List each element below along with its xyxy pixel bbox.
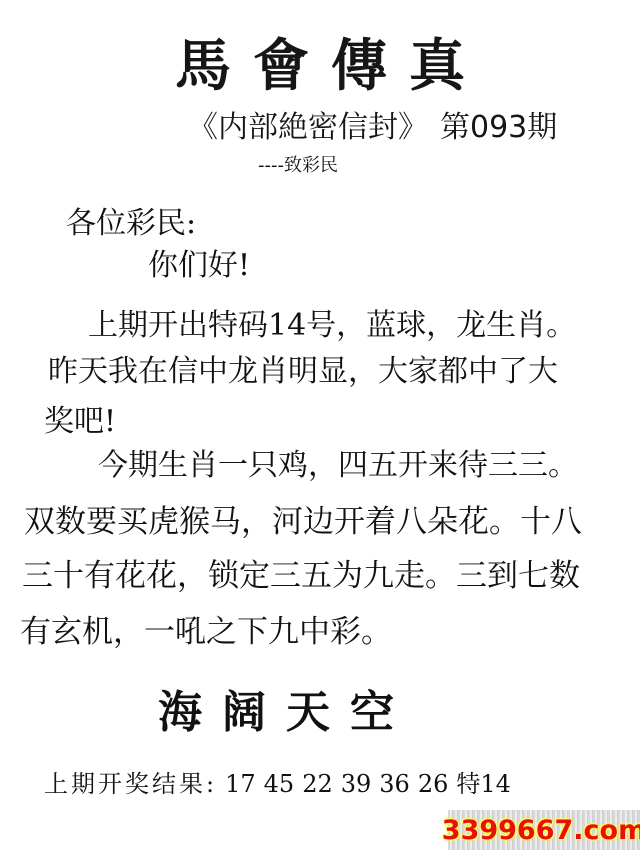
letter-line: 奖吧! xyxy=(44,396,116,440)
greeting: 各位彩民: xyxy=(66,198,196,242)
signature: ----致彩民 xyxy=(258,151,338,177)
issue-number: 第093期 xyxy=(440,110,557,145)
result-number: 36 xyxy=(379,770,410,798)
results-label: 上期开奖结果: xyxy=(44,770,217,798)
salutation: 你们好! xyxy=(148,240,250,284)
special-number: 特14 xyxy=(456,770,511,798)
watermark-text: 3399667.com xyxy=(442,815,640,846)
letter-line: 今期生肖一只鸡，四五开来待三三。 xyxy=(98,440,578,484)
motto: 海阔天空 xyxy=(158,676,414,740)
result-number: 26 xyxy=(418,770,449,798)
subtitle-label: 《内部絶密信封》 xyxy=(188,110,428,145)
watermark: 3399667.com xyxy=(448,810,640,850)
page-title: 馬會傳真 xyxy=(0,22,640,102)
letter-line: 三十有花花，锁定三五为九走。三到七数 xyxy=(22,550,580,595)
letter-line: 上期开出特码14号，蓝球，龙生肖。 xyxy=(88,300,576,344)
result-number: 45 xyxy=(264,770,295,798)
letter-line: 昨天我在信中龙肖明显，大家都中了大 xyxy=(48,346,558,390)
subtitle: 《内部絶密信封》第093期 xyxy=(188,102,557,146)
letter-line: 双数要买虎猴马，河边开着八朵花。十八 xyxy=(24,496,582,541)
previous-results: 上期开奖结果:174522393626特14 xyxy=(44,764,511,799)
result-number: 17 xyxy=(225,770,256,798)
result-number: 22 xyxy=(302,770,333,798)
result-number: 39 xyxy=(341,770,372,798)
letter-line: 有玄机，一吼之下九中彩。 xyxy=(20,606,392,651)
